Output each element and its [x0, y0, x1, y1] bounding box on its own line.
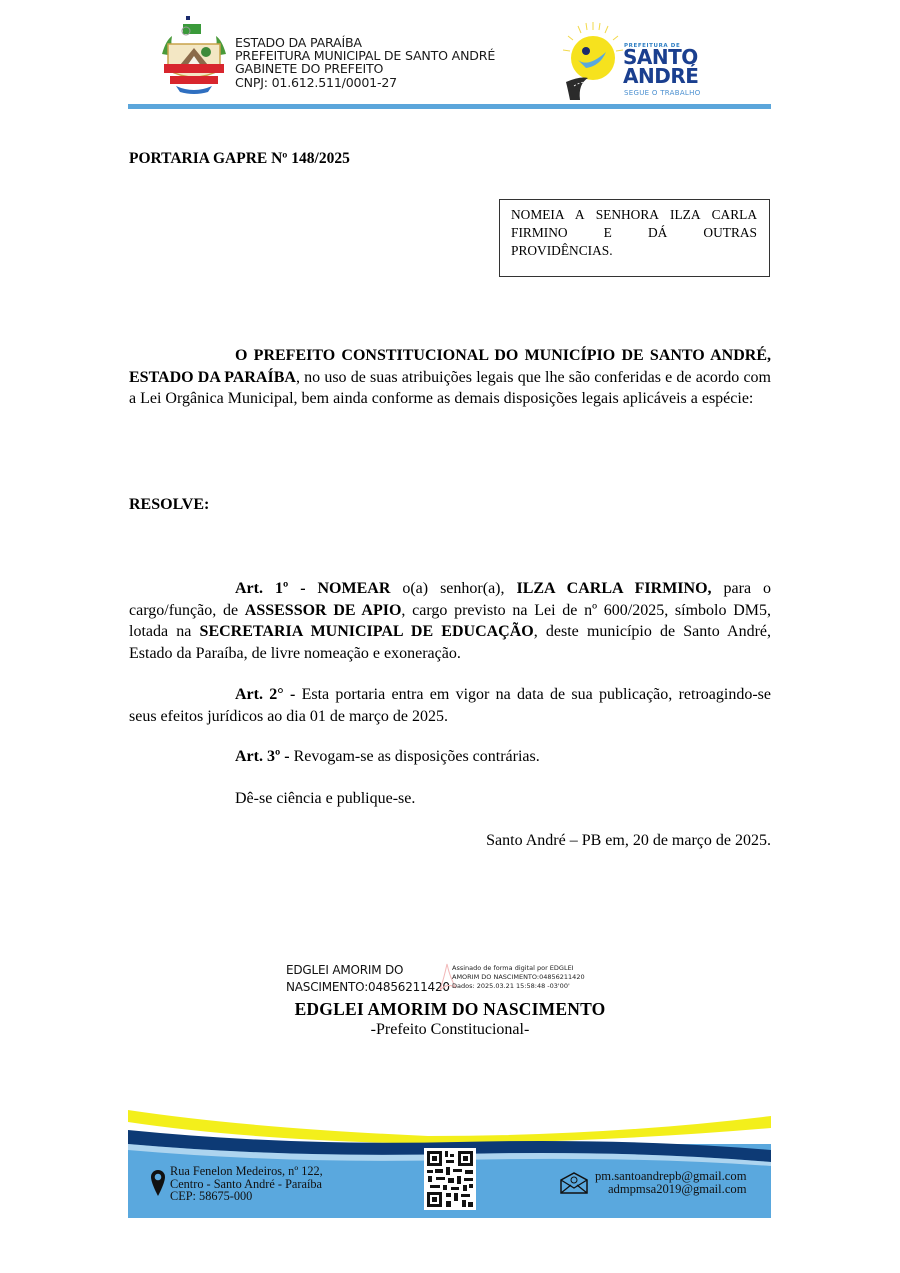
brand-name: SANTO ANDRÉ [623, 48, 698, 86]
letterhead-footer: Rua Fenelon Medeiros, nº 122, Centro - S… [128, 1106, 771, 1218]
letterhead-text: ESTADO DA PARAÍBA PREFEITURA MUNICIPAL D… [235, 36, 495, 89]
signer-role: -Prefeito Constitucional- [0, 1021, 900, 1039]
envelope-icon [560, 1172, 588, 1194]
prefecture-brand-logo: PREFEITURA DE SANTO ANDRÉ SEGUE O TRABAL… [560, 20, 720, 104]
place-date: Santo André – PB em, 20 de março de 2025… [486, 832, 771, 850]
closing-line: Dê-se ciência e publique-se. [235, 790, 415, 808]
digital-signature-details: Assinado de forma digital por EDGLEI AMO… [452, 964, 585, 990]
brand-tagline: SEGUE O TRABALHO [624, 89, 701, 97]
sun-road-icon [560, 20, 626, 104]
qr-code-icon [424, 1148, 476, 1210]
header-line-cnpj: CNPJ: 01.612.511/0001-27 [235, 76, 495, 89]
article-3: Art. 3º - Revogam-se as disposições cont… [235, 748, 540, 766]
article-1: Art. 1º - NOMEAR o(a) senhor(a), ILZA CA… [129, 578, 771, 664]
document-title: PORTARIA GAPRE Nº 148/2025 [129, 150, 350, 168]
header-divider [128, 104, 771, 109]
digital-signature-name: EDGLEI AMORIM DO NASCIMENTO:04856211420 [286, 962, 450, 996]
resolve-heading: RESOLVE: [129, 496, 209, 514]
header-line-cabinet: GABINETE DO PREFEITO [235, 62, 495, 75]
ementa-box: NOMEIA A SENHORA ILZA CARLA FIRMINO E DÁ… [499, 199, 770, 277]
letterhead: ESTADO DA PARAÍBA PREFEITURA MUNICIPAL D… [128, 12, 771, 110]
email-link[interactable]: admpmsa2019@gmail.com [595, 1183, 747, 1196]
preamble-paragraph: O PREFEITO CONSTITUCIONAL DO MUNICÍPIO D… [129, 345, 771, 410]
qr-code[interactable] [424, 1148, 476, 1210]
location-pin-icon [150, 1169, 166, 1197]
article-2: Art. 2° - Esta portaria entra em vigor n… [129, 684, 771, 727]
signer-name: EDGLEI AMORIM DO NASCIMENTO [0, 999, 900, 1020]
digital-signature[interactable]: EDGLEI AMORIM DO NASCIMENTO:04856211420 … [286, 962, 616, 998]
coat-of-arms-icon [156, 14, 232, 94]
